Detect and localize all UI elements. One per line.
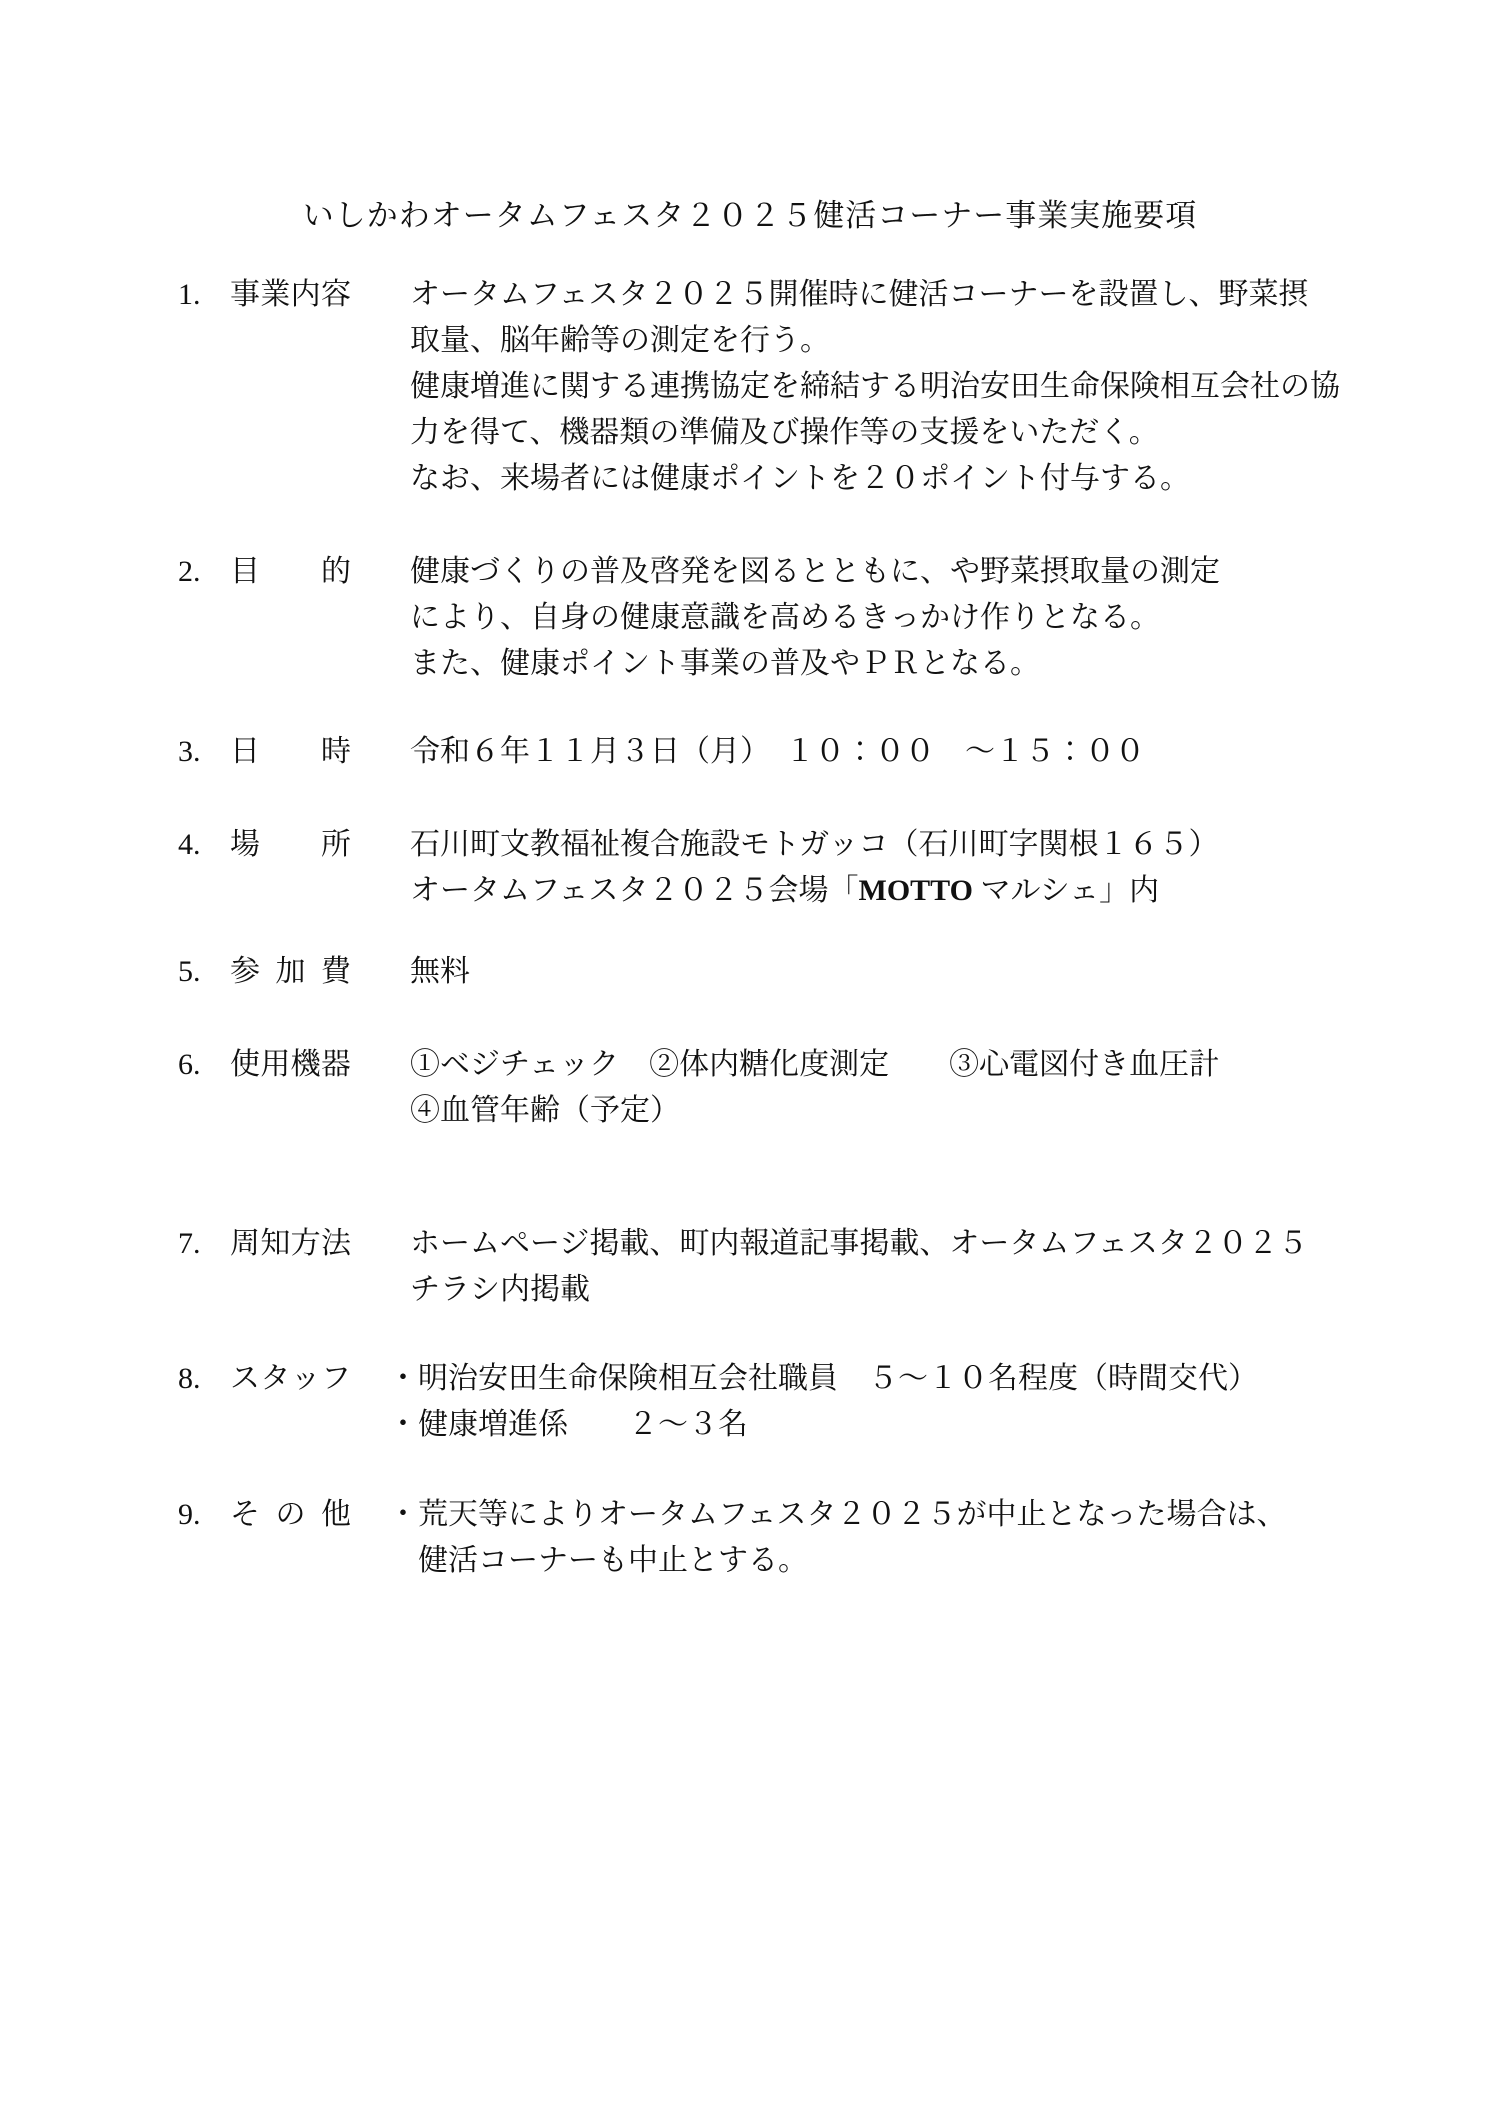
item-number: 8. [178,1356,230,1402]
content-line: 健康づくりの普及啓発を図るとともに、や野菜摂取量の測定 [410,549,1220,595]
content-line: ・健康増進係 ２～３名 [388,1402,1258,1448]
item-content: 健康づくりの普及啓発を図るとともに、や野菜摂取量の測定 により、自身の健康意識を… [410,549,1220,687]
item-number: 9. [178,1492,230,1538]
item-1-business-content: 1. 事業内容 オータムフェスタ２０２５開催時に健活コーナーを設置し、野菜摂 取… [178,272,1340,502]
item-content: 石川町文教福祉複合施設モトガッコ（石川町字関根１６５） オータムフェスタ２０２５… [410,822,1219,914]
item-label: 日 時 [230,729,351,775]
content-line: また、健康ポイント事業の普及やＰＲとなる。 [410,641,1220,687]
content-line: 健活コーナーも中止とする。 [388,1538,1287,1584]
item-content: 無料 [410,949,470,995]
venue-text-pre: オータムフェスタ２０２５会場「 [410,874,859,907]
item-3-date-time: 3. 日 時 令和６年１１月３日（月） １０：００ ～１５：００ [178,729,1145,775]
item-content: ・明治安田生命保険相互会社職員 ５～１０名程度（時間交代） ・健康増進係 ２～３… [388,1356,1258,1448]
content-line: ・明治安田生命保険相互会社職員 ５～１０名程度（時間交代） [388,1356,1258,1402]
content-line-venue: オータムフェスタ２０２５会場「MOTTO マルシェ」内 [410,868,1219,914]
item-label: 場 所 [230,822,351,868]
content-line: ・荒天等によりオータムフェスタ２０２５が中止となった場合は、 [388,1492,1287,1538]
content-line: 取量、脳年齢等の測定を行う。 [410,318,1340,364]
document-title: いしかわオータムフェスタ２０２５健活コーナー事業実施要項 [0,190,1500,235]
item-8-staff: 8. スタッフ ・明治安田生命保険相互会社職員 ５～１０名程度（時間交代） ・健… [178,1356,1258,1448]
content-line: により、自身の健康意識を高めるきっかけ作りとなる。 [410,595,1220,641]
item-number: 7. [178,1221,230,1267]
item-label: 参 加 費 [230,949,351,995]
item-label: 事業内容 [230,272,351,318]
item-content: 令和６年１１月３日（月） １０：００ ～１５：００ [410,729,1145,775]
item-5-fee: 5. 参 加 費 無料 [178,949,470,995]
item-number: 5. [178,949,230,995]
content-line: チラシ内掲載 [410,1267,1308,1313]
item-6-equipment: 6. 使用機器 ①ベジチェック ②体内糖化度測定 ③心電図付き血圧計 ④血管年齢… [178,1042,1219,1134]
item-content: ホームページ掲載、町内報道記事掲載、オータムフェスタ２０２５ チラシ内掲載 [410,1221,1308,1313]
item-content: ・荒天等によりオータムフェスタ２０２５が中止となった場合は、 健活コーナーも中止… [388,1492,1287,1584]
content-line: 石川町文教福祉複合施設モトガッコ（石川町字関根１６５） [410,822,1219,868]
content-line: 力を得て、機器類の準備及び操作等の支援をいただく。 [410,410,1340,456]
item-label: そ の 他 [230,1492,351,1538]
item-label: 使用機器 [230,1042,351,1088]
content-line: オータムフェスタ２０２５開催時に健活コーナーを設置し、野菜摂 [410,272,1340,318]
content-line: ①ベジチェック ②体内糖化度測定 ③心電図付き血圧計 [410,1042,1219,1088]
item-content: オータムフェスタ２０２５開催時に健活コーナーを設置し、野菜摂 取量、脳年齢等の測… [410,272,1340,502]
item-9-other: 9. そ の 他 ・荒天等によりオータムフェスタ２０２５が中止となった場合は、 … [178,1492,1287,1584]
item-4-location: 4. 場 所 石川町文教福祉複合施設モトガッコ（石川町字関根１６５） オータムフ… [178,822,1219,914]
content-line: ④血管年齢（予定） [410,1088,1219,1134]
item-number: 3. [178,729,230,775]
venue-name-bold: MOTTO [859,874,973,907]
item-number: 4. [178,822,230,868]
content-line: 令和６年１１月３日（月） １０：００ ～１５：００ [410,729,1145,775]
content-line: ホームページ掲載、町内報道記事掲載、オータムフェスタ２０２５ [410,1221,1308,1267]
item-label: 周知方法 [230,1221,351,1267]
item-number: 6. [178,1042,230,1088]
item-7-publicity: 7. 周知方法 ホームページ掲載、町内報道記事掲載、オータムフェスタ２０２５ チ… [178,1221,1308,1313]
item-label: 目 的 [230,549,351,595]
item-2-purpose: 2. 目 的 健康づくりの普及啓発を図るとともに、や野菜摂取量の測定 により、自… [178,549,1220,687]
venue-text-post: マルシェ」内 [973,874,1159,907]
item-number: 1. [178,272,230,318]
document-page: いしかわオータムフェスタ２０２５健活コーナー事業実施要項 1. 事業内容 オータ… [0,0,1500,2122]
item-content: ①ベジチェック ②体内糖化度測定 ③心電図付き血圧計 ④血管年齢（予定） [410,1042,1219,1134]
content-line: 無料 [410,949,470,995]
content-line: なお、来場者には健康ポイントを２０ポイント付与する。 [410,456,1340,502]
item-label: スタッフ [230,1356,351,1402]
content-line: 健康増進に関する連携協定を締結する明治安田生命保険相互会社の協 [410,364,1340,410]
item-number: 2. [178,549,230,595]
